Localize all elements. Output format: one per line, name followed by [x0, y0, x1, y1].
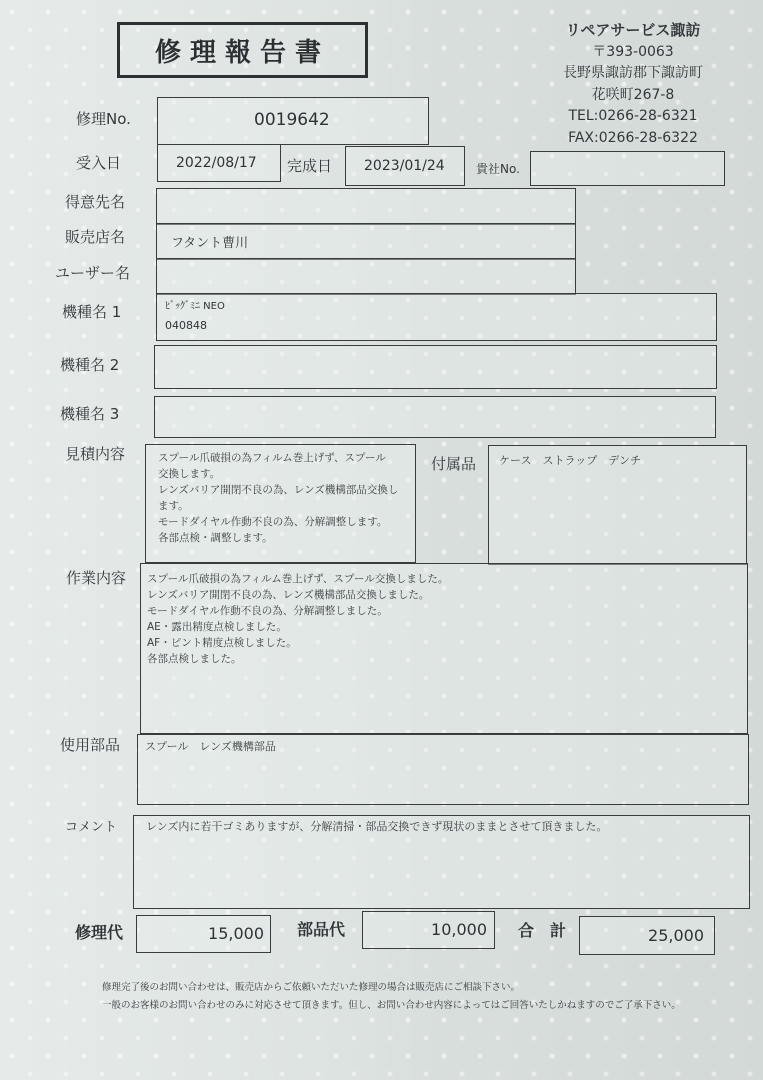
accessories-label: 付属品 [431, 453, 476, 474]
footer-line-2: 一般のお客様のお問い合わせのみに対応させて頂きます。但し、お問い合わせ内容によっ… [102, 997, 681, 1015]
customer-label: 得意先名 [65, 191, 125, 212]
total-label: 合 計 [518, 918, 566, 941]
customer-field [156, 188, 576, 225]
comment-text: レンズ内に若干ゴミありますが、分解清掃・部品交換できず現状のままとさせて頂きまし… [146, 819, 607, 835]
company-info: リペアサービス諏訪 〒393-0063 長野県諏訪郡下諏訪町 花咲町267-8 … [533, 20, 733, 149]
store-label: 販売店名 [65, 226, 125, 247]
estimate-text: スプール爪破損の為フィルム巻上げず、スプール 交換します。 レンズバリア開閉不良… [158, 450, 398, 546]
footer-notes: 修理完了後のお問い合わせは、販売店からご依頼いただいた修理の場合は販売店にご相談… [102, 979, 681, 1015]
model-2-field [154, 345, 717, 389]
company-fax: FAX:0266-28-6322 [533, 128, 733, 150]
model-1-name: ﾋﾞｯｸﾞﾐﾆ NEO [165, 297, 225, 312]
model-3-field [154, 396, 716, 438]
parts-cost-field: 10,000 [362, 911, 495, 949]
model-1-label: 機種名 1 [62, 301, 121, 322]
your-no-field [530, 151, 725, 186]
received-date-value: 2022/08/17 [176, 155, 257, 171]
parts-used-label: 使用部品 [60, 734, 120, 755]
company-name: リペアサービス諏訪 [533, 20, 733, 42]
footer-line-1: 修理完了後のお問い合わせは、販売店からご依頼いただいた修理の場合は販売店にご相談… [102, 979, 681, 997]
work-label: 作業内容 [66, 567, 126, 588]
total-field: 25,000 [579, 916, 715, 955]
accessories-text: ケース ストラップ デンチ [499, 453, 641, 469]
user-field [156, 258, 576, 295]
work-text: スプール爪破損の為フィルム巻上げず、スプール交換しました。 レンズバリア開閉不良… [147, 571, 448, 667]
completed-date-value: 2023/01/24 [364, 158, 445, 174]
repair-cost-value: 15,000 [208, 924, 264, 943]
repair-cost-field: 15,000 [136, 915, 271, 953]
parts-used-text: スプール レンズ機構部品 [145, 739, 276, 755]
repair-no-value: 0019642 [254, 110, 330, 130]
completed-date-field: 2023/01/24 [345, 146, 465, 186]
estimate-field: スプール爪破損の為フィルム巻上げず、スプール 交換します。 レンズバリア開閉不良… [145, 444, 416, 563]
total-value: 25,000 [648, 926, 704, 945]
model-1-field: ﾋﾞｯｸﾞﾐﾆ NEO 040848 [156, 293, 717, 341]
your-no-label: 貴社No. [476, 160, 520, 177]
received-date-field: 2022/08/17 [157, 144, 281, 182]
completed-label: 完成日 [287, 155, 332, 176]
parts-cost-value: 10,000 [431, 920, 487, 939]
company-address-2: 花咲町267-8 [533, 85, 733, 107]
company-tel: TEL:0266-28-6321 [533, 106, 733, 128]
store-field: フタント曹川 [156, 223, 576, 260]
estimate-label: 見積内容 [65, 443, 125, 464]
model-1-serial: 040848 [165, 319, 207, 332]
model-3-label: 機種名 3 [60, 403, 119, 424]
repair-no-label: 修理No. [76, 108, 131, 129]
received-label: 受入日 [76, 152, 121, 173]
user-label: ユーザー名 [55, 262, 130, 283]
repair-cost-label: 修理代 [75, 920, 123, 943]
comment-label: コメント [65, 816, 117, 835]
repair-no-field: 0019642 [157, 97, 429, 145]
comment-field: レンズ内に若干ゴミありますが、分解清掃・部品交換できず現状のままとさせて頂きまし… [133, 815, 750, 909]
accessories-field: ケース ストラップ デンチ [488, 445, 747, 565]
company-postal: 〒393-0063 [533, 42, 733, 64]
document-title: 修理報告書 [117, 22, 368, 78]
parts-cost-label: 部品代 [297, 917, 345, 940]
company-address-1: 長野県諏訪郡下諏訪町 [533, 63, 733, 85]
parts-used-field: スプール レンズ機構部品 [137, 734, 749, 805]
store-value: フタント曹川 [171, 232, 248, 251]
model-2-label: 機種名 2 [60, 354, 119, 375]
work-field: スプール爪破損の為フィルム巻上げず、スプール交換しました。 レンズバリア開閉不良… [140, 563, 748, 734]
